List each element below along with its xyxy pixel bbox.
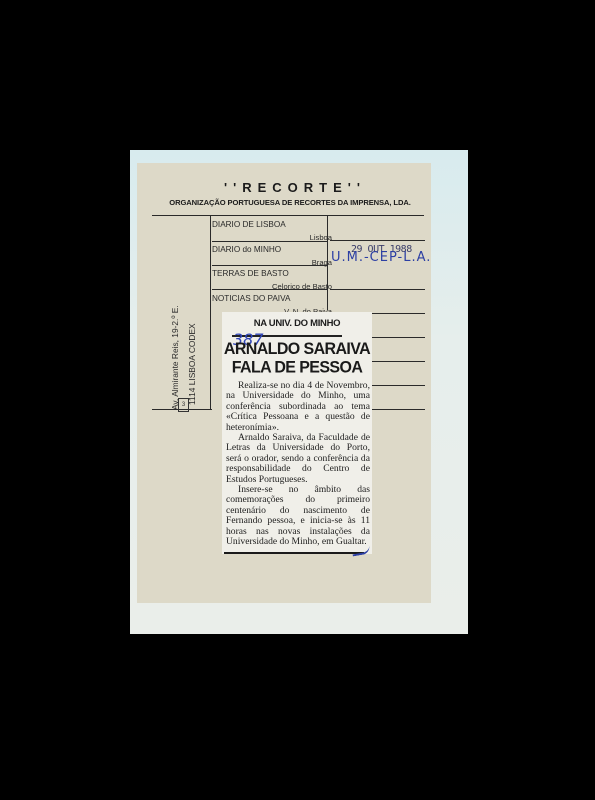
stamp-rule	[370, 385, 425, 386]
article-kicker: NA UNIV. DO MINHO	[222, 318, 372, 329]
stamp-rule	[370, 361, 425, 362]
address-line-2: 1114 LISBOA CODEX	[187, 323, 197, 405]
stamp-rule	[370, 313, 425, 314]
headline-line-1: ARNALDO SARAIVA	[222, 340, 372, 359]
header-rule	[152, 215, 424, 216]
article-headline: ARNALDO SARAIVA FALA DE PESSOA	[222, 340, 372, 378]
address-line-1: Av. Almirante Reis, 19-2.º E.	[170, 305, 180, 410]
stamp-rule	[370, 409, 425, 410]
row-rule	[212, 265, 327, 266]
handwritten-code: U.M.-CEP-L.A.	[331, 250, 431, 265]
stamp-rule	[330, 289, 425, 290]
row-rule	[212, 241, 327, 242]
article-paragraph: Insere-se no âmbito das comemorações do …	[226, 485, 370, 547]
article-body: Realiza-se no dia 4 de Novembro, na Univ…	[226, 381, 370, 548]
stamp-rule	[370, 337, 425, 338]
row-rule	[212, 289, 327, 290]
article-paragraph: Arnaldo Saraiva, da Faculdade de Letras …	[226, 433, 370, 485]
publication-name: NOTICIAS DO PAIVA	[212, 294, 290, 303]
box-number: 3	[178, 398, 189, 412]
headline-line-2: FALA DE PESSOA	[222, 359, 372, 378]
article-end-rule	[224, 552, 364, 554]
agency-subtitle: ORGANIZAÇÃO PORTUGUESA DE RECORTES DA IM…	[140, 198, 440, 207]
stamp-rule	[330, 240, 425, 241]
agency-title: ''RECORTE''	[130, 180, 460, 195]
article-paragraph: Realiza-se no dia 4 de Novembro, na Univ…	[226, 381, 370, 433]
publication-name: DIARIO DE LISBOA	[212, 220, 286, 229]
publication-name: DIARIO do MINHO	[212, 245, 281, 254]
publication-name: TERRAS DE BASTO	[212, 269, 289, 278]
